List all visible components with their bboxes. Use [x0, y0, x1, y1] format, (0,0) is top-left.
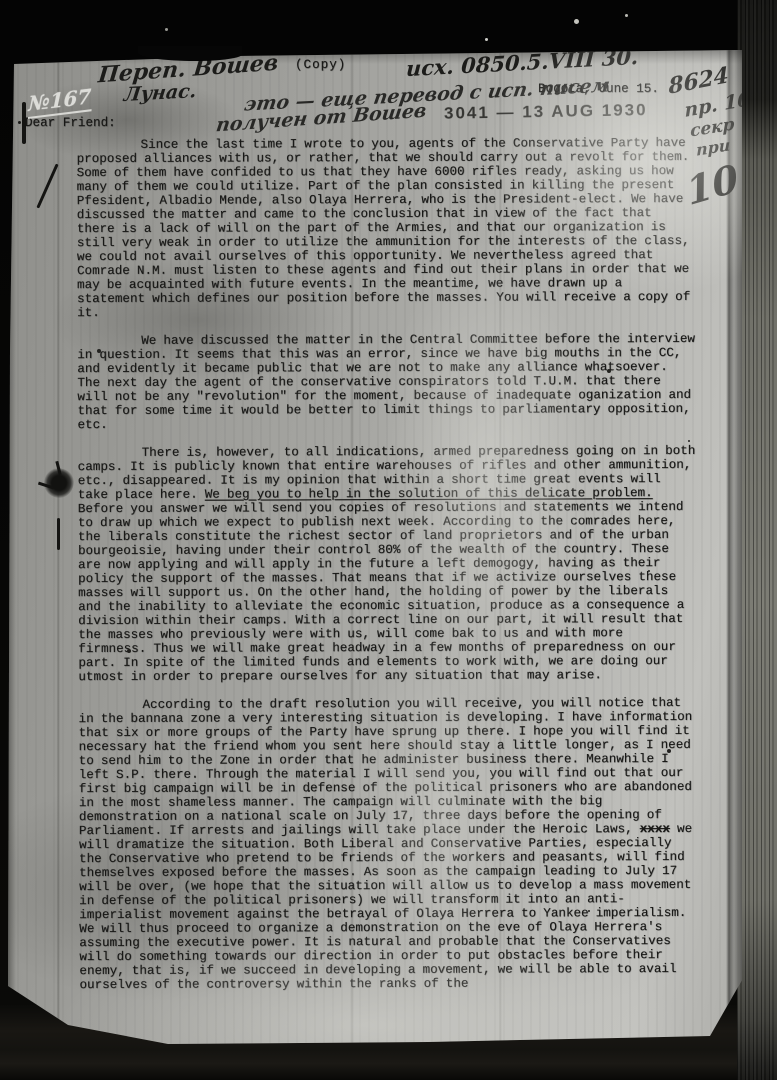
received-stamp: 3041 — 13 AUG 1930 [444, 100, 648, 124]
handwritten-margin-note-3: при [696, 135, 730, 160]
photographed-document: Переп. Вошев Лунас. исх. 0850.5.VIII 30.… [0, 0, 777, 1080]
handwritten-note-top-left-2: Лунас. [123, 80, 198, 106]
letter-paragraph-3: There is, however, to all indications, a… [78, 444, 697, 684]
copy-label: (Copy) [295, 58, 346, 72]
dust-specks [485, 38, 488, 41]
pen-tick-mark [57, 518, 60, 550]
handwritten-folio-number: №167 [28, 84, 92, 119]
book-spine-edge [737, 0, 777, 1080]
ink-blot [44, 468, 74, 498]
pen-tick-mark [22, 102, 26, 144]
pen-slash-mark [36, 163, 58, 208]
paper-specks [8, 50, 10, 52]
letter-paragraph-1: Since the last time I wrote to you, agen… [76, 136, 695, 320]
letter-body: Since the last time I wrote to you, agen… [76, 136, 697, 1006]
torn-edge-notch [138, 46, 242, 61]
letter-paragraph-2: We have discussed the matter in the Cent… [77, 332, 695, 432]
letter-page: Переп. Вошев Лунас. исх. 0850.5.VIII 30.… [8, 50, 742, 1050]
letter-paragraph-4: According to the draft resolution you wi… [78, 696, 697, 992]
salutation: Dear Friend: [25, 116, 116, 130]
